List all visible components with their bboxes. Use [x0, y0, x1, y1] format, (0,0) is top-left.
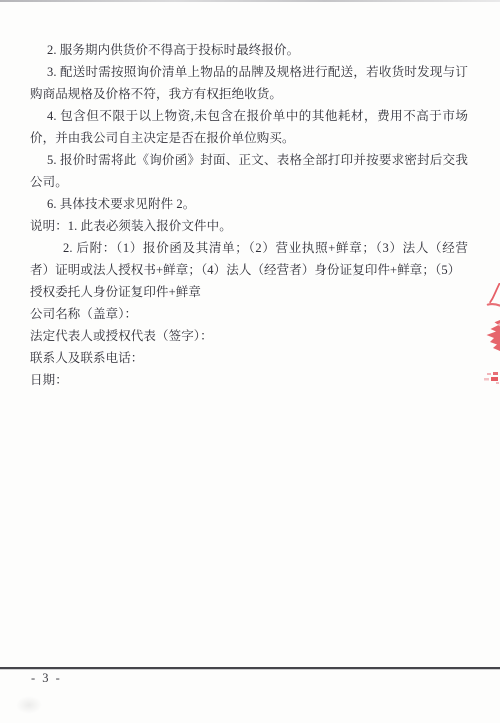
line-contact-label: 联系人及联系电话：	[30, 351, 468, 367]
scan-top-edge-artifact	[0, 0, 500, 2]
page-number: - 3 -	[31, 671, 62, 685]
line-clause-5b: 公司。	[30, 175, 468, 191]
line-clause-3a: 3. 配送时需按照询价清单上物品的品牌及规格进行配送，若收货时发现与订	[30, 65, 468, 81]
line-notes-2a: 2. 后附：（1）报价函及其清单；（2）营业执照+鲜章；（3）法人（经营	[30, 241, 468, 257]
line-clause-5a: 5. 报价时需将此《询价函》封面、正文、表格全部打印并按要求密封后交我	[30, 153, 468, 169]
stamp-stroke-fragment-icon	[484, 283, 500, 311]
footer-rule	[0, 667, 500, 669]
line-notes-2c: 授权委托人身份证复印件+鲜章	[30, 285, 468, 301]
line-notes-1: 说明：1. 此表必须装入报价文件中。	[30, 219, 468, 235]
scan-smudge-artifact	[16, 696, 42, 714]
scanned-document-page: 2. 服务期内供货价不得高于投标时最终报价。 3. 配送时需按照询价清单上物品的…	[0, 0, 500, 723]
line-clause-2: 2. 服务期内供货价不得高于投标时最终报价。	[30, 43, 468, 59]
line-legal-rep-label: 法定代表人或授权代表（签字）：	[30, 329, 468, 345]
stamp-seal-edge-fragment-icon	[482, 320, 500, 351]
line-company-name-label: 公司名称（盖章）：	[30, 307, 468, 323]
line-clause-6: 6. 具体技术要求见附件 2。	[30, 197, 468, 213]
line-clause-4b: 价，并由我公司自主决定是否在报价单位购买。	[30, 131, 468, 147]
line-clause-3b: 购商品规格及价格不符，我方有权拒绝收货。	[30, 87, 468, 103]
line-notes-2b: 者）证明或法人授权书+鲜章；（4）法人（经营者）身份证复印件+鲜章；（5）	[30, 263, 468, 279]
line-clause-4a: 4. 包含但不限于以上物资,未包含在报价单中的其他耗材，费用不高于市场	[30, 109, 468, 125]
line-date-label: 日期：	[30, 373, 468, 389]
stamp-dots-fragment-icon	[480, 370, 500, 388]
